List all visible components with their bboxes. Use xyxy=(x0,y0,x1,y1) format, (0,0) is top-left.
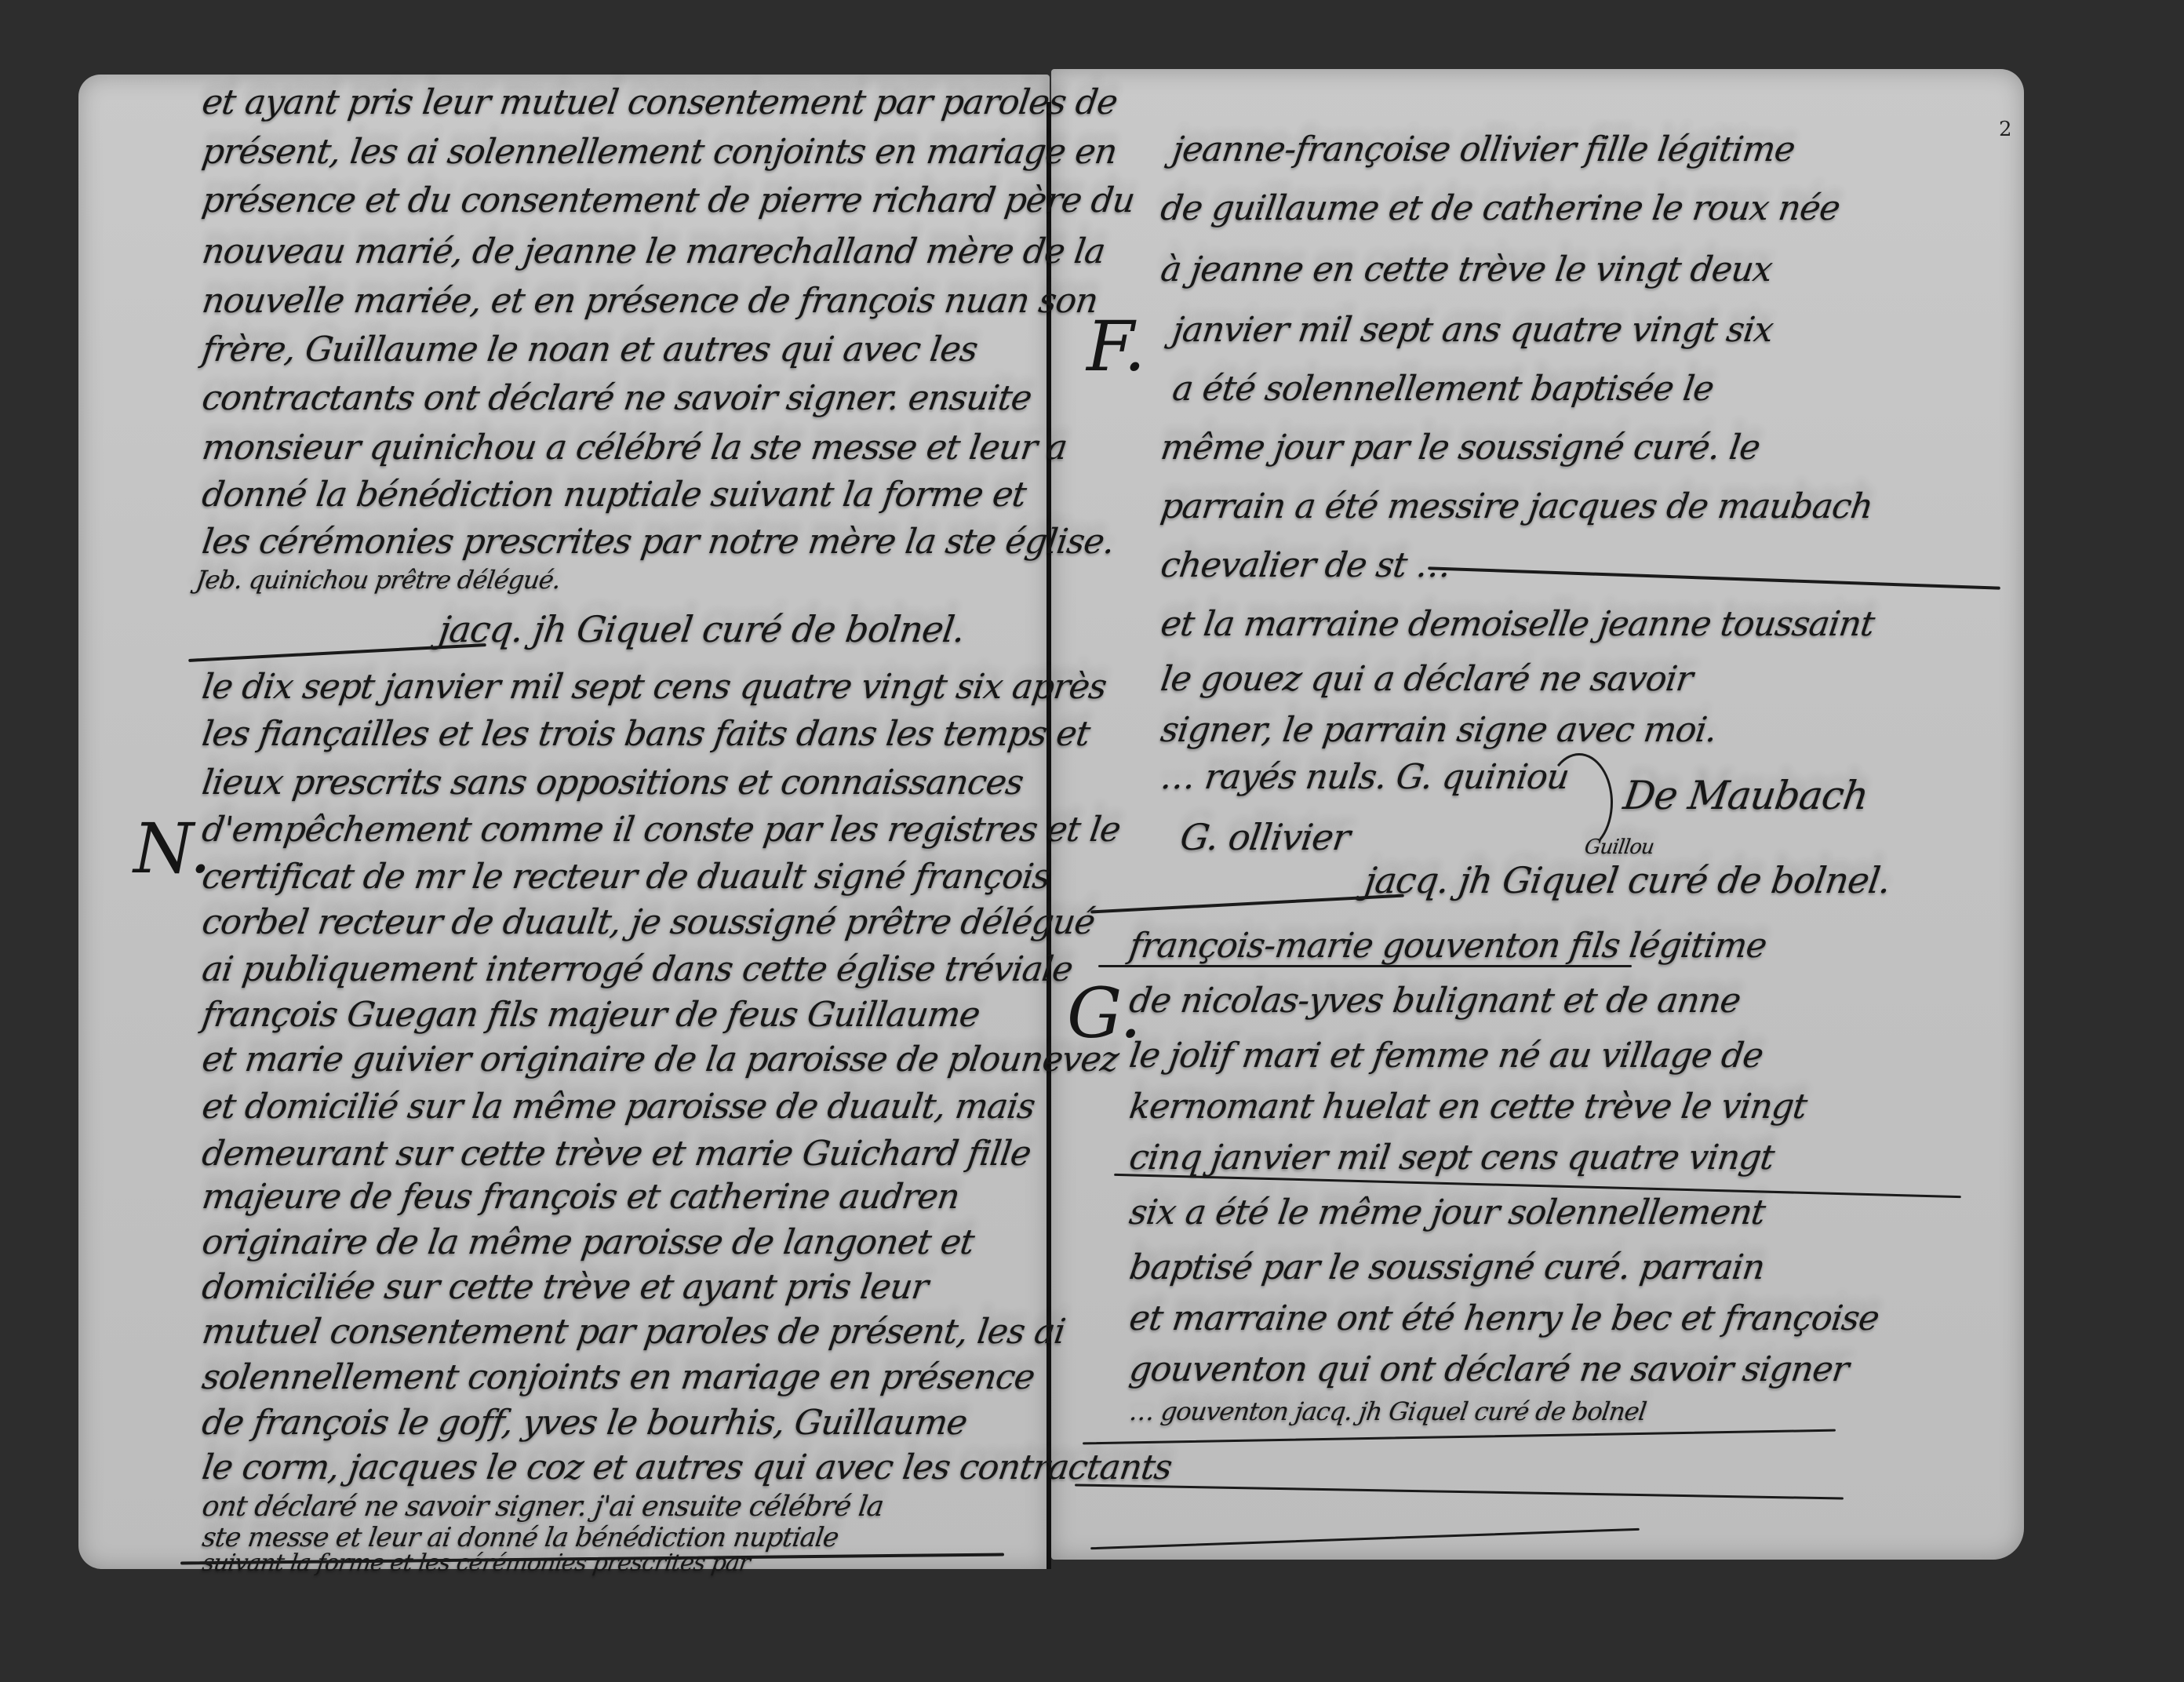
text-line: ste messe et leur ai donné la bénédictio… xyxy=(200,1522,840,1553)
signature-priest: Jeb. quinichou prêtre délégué. xyxy=(194,565,562,595)
text-line: … rayés nuls. G. quiniou xyxy=(1158,757,1571,797)
text-line: nouvelle mariée, et en présence de franç… xyxy=(199,281,1100,321)
text-line: signer, le parrain signe avec moi. xyxy=(1158,710,1719,750)
signature-ollivier: G. ollivier xyxy=(1178,816,1352,858)
text-line: parrain a été messire jacques de maubach xyxy=(1158,486,1875,526)
signature-guillou: Guillou xyxy=(1583,836,1655,859)
margin-note-n: N. xyxy=(133,808,211,889)
text-line: présent, les ai solennellement conjoints… xyxy=(199,132,1119,172)
text-line: majeure de feus françois et catherine au… xyxy=(199,1177,962,1217)
text-line: même jour par le soussigné curé. le xyxy=(1158,428,1762,468)
text-line: lieux prescrits sans oppositions et conn… xyxy=(199,763,1025,803)
text-line: les cérémonies prescrites par notre mère… xyxy=(199,522,1116,562)
text-line: le jolif mari et femme né au village de xyxy=(1127,1036,1765,1076)
name-underline xyxy=(1098,965,1632,967)
text-line: … gouventon jacq. jh Giquel curé de boln… xyxy=(1127,1396,1647,1426)
text-line: gouventon qui ont déclaré ne savoir sign… xyxy=(1127,1349,1851,1389)
signature-cure: jacq. jh Giquel curé de bolnel. xyxy=(436,608,967,650)
text-line: de françois le goff, yves le bourhis, Gu… xyxy=(199,1403,969,1443)
text-line: d'empêchement comme il conste par les re… xyxy=(199,810,1123,850)
text-line: donné la bénédiction nuptiale suivant la… xyxy=(199,475,1028,515)
text-line: mutuel consentement par paroles de prése… xyxy=(199,1312,1067,1352)
text-line: de nicolas-yves bulignant et de anne xyxy=(1127,981,1742,1021)
text-line: françois Guegan fils majeur de feus Guil… xyxy=(199,995,982,1035)
text-line: les fiançailles et les trois bans faits … xyxy=(199,714,1092,754)
text-line: demeurant sur cette trève et marie Guich… xyxy=(199,1134,1033,1174)
signature-cure: jacq. jh Giquel curé de bolnel. xyxy=(1362,859,1893,901)
text-line: et la marraine demoiselle jeanne toussai… xyxy=(1158,604,1876,644)
text-line: a été solennellement baptisée le xyxy=(1170,369,1716,409)
text-line: ont déclaré ne savoir signer. j'ai ensui… xyxy=(200,1491,885,1523)
text-line: certificat de mr le recteur de duault si… xyxy=(199,857,1052,897)
text-line: frère, Guillaume le noan et autres qui a… xyxy=(199,329,980,370)
text-line: monsieur quinichou a célébré la ste mess… xyxy=(199,428,1069,468)
text-line: solennellement conjoints en mariage en p… xyxy=(199,1357,1036,1397)
text-line: et marraine ont été henry le bec et fran… xyxy=(1127,1298,1881,1338)
text-line: contractants ont déclaré ne savoir signe… xyxy=(199,378,1034,418)
text-line: ai publiquement interrogé dans cette égl… xyxy=(199,949,1075,989)
text-line: françois-marie gouventon fils légitime xyxy=(1127,926,1768,966)
text-line: originaire de la même paroisse de langon… xyxy=(199,1222,976,1262)
text-line: de guillaume et de catherine le roux née xyxy=(1158,188,1842,228)
text-line: et domicilié sur la même paroisse de dua… xyxy=(199,1087,1037,1127)
text-line: corbel recteur de duault, je soussigné p… xyxy=(199,902,1097,942)
text-line: janvier mil sept ans quatre vingt six xyxy=(1170,310,1775,350)
text-line: domiciliée sur cette trève et ayant pris… xyxy=(199,1267,930,1307)
text-line: nouveau marié, de jeanne le marechalland… xyxy=(199,231,1107,271)
text-line: le gouez qui a déclaré ne savoir xyxy=(1158,659,1694,699)
text-line: chevalier de st … xyxy=(1158,545,1453,585)
signature-de-maubach: De Maubach xyxy=(1621,773,1871,818)
text-line: le corm, jacques le coz et autres qui av… xyxy=(199,1447,1174,1487)
text-line: et marie guivier originaire de la parois… xyxy=(199,1039,1120,1079)
text-line: présence et du consentement de pierre ri… xyxy=(199,180,1137,220)
text-line: et ayant pris leur mutuel consentement p… xyxy=(199,82,1119,122)
text-line: jeanne-françoise ollivier fille légitime xyxy=(1170,129,1796,169)
margin-note-f: F. xyxy=(1087,306,1145,387)
folio-mark: 2 xyxy=(1999,118,2012,141)
text-line: baptisé par le soussigné curé. parrain xyxy=(1127,1247,1767,1287)
text-line: six a été le même jour solennellement xyxy=(1127,1192,1767,1232)
margin-note-g: G. xyxy=(1067,973,1141,1054)
text-line: kernomant huelat en cette trève le vingt xyxy=(1127,1087,1809,1127)
text-line: à jeanne en cette trève le vingt deux xyxy=(1158,249,1774,289)
text-line: le dix sept janvier mil sept cens quatre… xyxy=(199,667,1108,707)
text-line: cinq janvier mil sept cens quatre vingt xyxy=(1127,1138,1776,1178)
